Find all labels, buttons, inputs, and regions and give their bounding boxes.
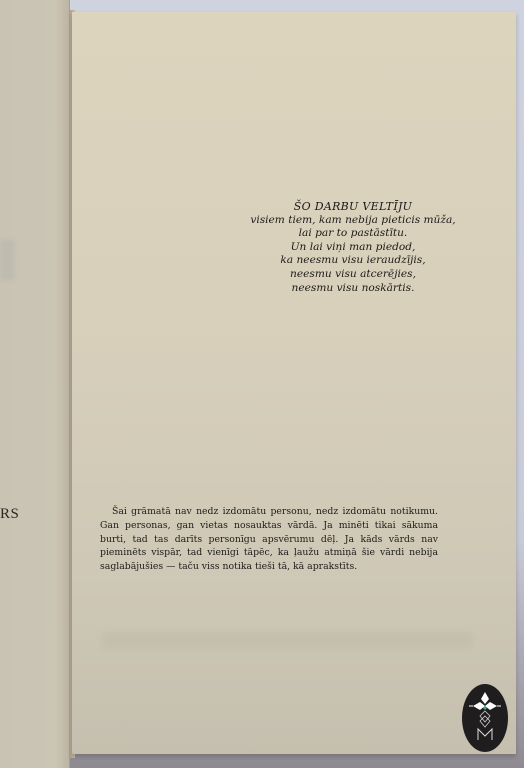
note-line: pieminēts vispār, tad vienīgi tāpēc, ka … bbox=[100, 546, 438, 560]
dedication-line: Un lai viņi man piedod, bbox=[222, 241, 484, 255]
left-page-edge-text: RS bbox=[0, 506, 19, 523]
dedication: ŠO DARBU VELTĪJU visiem tiem, kam nebija… bbox=[222, 200, 484, 295]
watermark-badge bbox=[462, 684, 508, 752]
note-line: burti, tad tas darīts personīgu apsvērum… bbox=[100, 533, 438, 547]
left-page: RS bbox=[0, 0, 70, 768]
author-note: Šai grāmatā nav nedz izdomātu personu, n… bbox=[100, 505, 438, 574]
dedication-line: visiem tiem, kam nebija pieticis mūža, bbox=[222, 214, 484, 228]
dedication-line: lai par to pastāstītu. bbox=[222, 227, 484, 241]
bleed-through-text bbox=[102, 632, 472, 648]
folk-ornament-logo-icon bbox=[462, 684, 508, 752]
note-line: saglabājušies — taču viss notika tieši t… bbox=[100, 560, 438, 574]
dedication-line: ka neesmu visu ieraudzījis, bbox=[222, 254, 484, 268]
dedication-line: neesmu visu noskārtis. bbox=[222, 282, 484, 296]
dedication-line: neesmu visu atcerējies, bbox=[222, 268, 484, 282]
bleed-through-glyph bbox=[0, 240, 14, 280]
right-page: ŠO DARBU VELTĪJU visiem tiem, kam nebija… bbox=[72, 12, 516, 754]
dedication-heading: ŠO DARBU VELTĪJU bbox=[222, 200, 484, 214]
note-line: Gan personas, gan vietas nosauktas vārdā… bbox=[100, 519, 438, 533]
note-line: Šai grāmatā nav nedz izdomātu personu, n… bbox=[100, 505, 438, 519]
